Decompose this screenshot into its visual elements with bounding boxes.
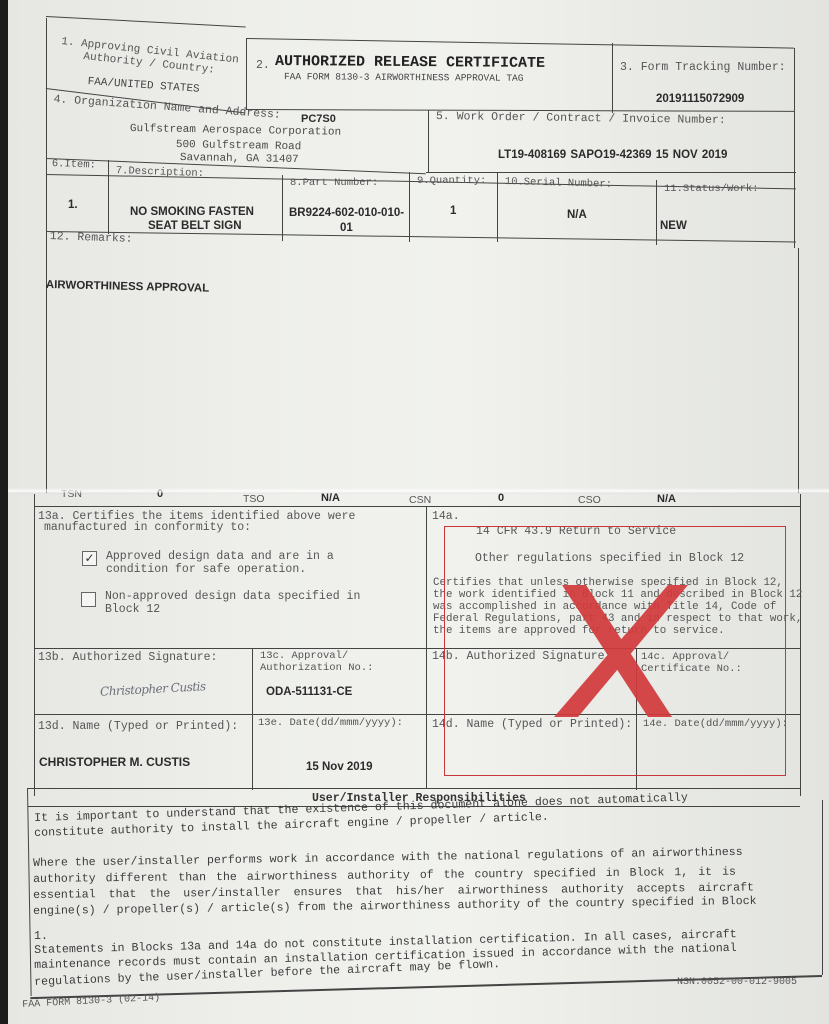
lower-right-border xyxy=(800,494,801,796)
approved-design-data-line2: condition for safe operation. xyxy=(106,563,306,576)
non-approved-design-data-line1: Non-approved design data specified in xyxy=(105,590,360,603)
printed-name: CHRISTOPHER M. CUSTIS xyxy=(39,755,190,769)
organization-street: 500 Gulfstream Road xyxy=(176,139,302,153)
paper-fold-crease xyxy=(8,488,829,494)
header-part-number: 8.Part Number: xyxy=(290,177,378,189)
divider-2-3 xyxy=(612,43,613,113)
lower-left-border xyxy=(34,494,35,796)
col-divider-8-9 xyxy=(409,172,410,242)
header-item: 6.Item: xyxy=(52,158,97,172)
authorization-number: ODA-511131-CE xyxy=(266,686,352,698)
col-divider-10-11 xyxy=(656,180,657,245)
col-divider-7-8 xyxy=(282,175,283,241)
item-number: 1. xyxy=(68,199,78,211)
non-approved-design-data-line2: Block 12 xyxy=(105,603,160,616)
tso-label: TSO xyxy=(243,493,265,505)
divider-13b-13c xyxy=(252,648,253,790)
col-divider-6-7 xyxy=(108,160,109,234)
cso-label: CSO xyxy=(578,494,601,506)
header-quantity: 9.Quantity: xyxy=(417,175,486,187)
nsn-number: NSN:0052-00-012-9005 xyxy=(677,977,797,988)
block13c-label-line2: Authorization No.: xyxy=(260,662,373,674)
left-border xyxy=(46,18,47,493)
non-approved-design-data-checkbox[interactable] xyxy=(81,592,96,607)
form-tracking-number: 20191115072909 xyxy=(656,93,744,105)
col-divider-9-10 xyxy=(497,172,498,242)
block13b-label: 13b. Authorized Signature: xyxy=(38,651,217,664)
block14a-label: 14a. xyxy=(432,510,460,523)
void-x-mark-icon xyxy=(540,585,690,720)
divider-1-2 xyxy=(246,38,247,110)
item-part-number-line1: BR9224-602-010-010- xyxy=(289,207,404,219)
block13e-label: 13e. Date(dd/mmm/yyyy): xyxy=(258,717,403,729)
work-order-number: LT19-408169 SAPO19-42369 15 NOV 2019 xyxy=(498,149,727,161)
csn-label: CSN xyxy=(409,494,431,506)
approved-design-data-checkbox[interactable]: ✓ xyxy=(82,551,97,566)
right-border-top xyxy=(794,48,795,248)
item-quantity: 1 xyxy=(450,205,456,217)
item-description-line2: SEAT BELT SIGN xyxy=(148,220,242,232)
certification-date: 15 Nov 2019 xyxy=(306,761,373,773)
responsibilities-right-border xyxy=(822,800,823,975)
item-status: NEW xyxy=(660,220,687,232)
divider-above-13a xyxy=(34,506,800,507)
certificate-subtitle: FAA FORM 8130-3 AIRWORTHINESS APPROVAL T… xyxy=(284,71,524,84)
item-description-line1: NO SMOKING FASTEN xyxy=(130,206,254,218)
certificate-title: AUTHORIZED RELEASE CERTIFICATE xyxy=(275,53,545,72)
right-border-mid xyxy=(798,248,799,493)
organization-code: PC7S0 xyxy=(301,113,336,125)
block3-label: 3. Form Tracking Number: xyxy=(620,61,786,74)
approved-design-data-line1: Approved design data and are in a xyxy=(106,550,334,563)
responsibilities-para2-line5: 1. xyxy=(34,930,48,945)
divider-signatures-bottom xyxy=(28,788,800,789)
block2-number: 2. xyxy=(256,59,270,72)
header-status-work: 11.Status/Work: xyxy=(664,183,759,195)
block13d-label: 13d. Name (Typed or Printed): xyxy=(38,720,238,733)
item-serial-number: N/A xyxy=(567,209,587,221)
item-part-number-line2: 01 xyxy=(340,222,353,234)
items-table-top-right xyxy=(426,172,796,173)
photo-edge-shadow xyxy=(0,0,8,1024)
divider-4-5 xyxy=(428,110,429,172)
block13c-label-line1: 13c. Approval/ xyxy=(260,650,348,662)
block13a-label-line2: manufactured in conformity to: xyxy=(44,521,251,534)
cso-value: N/A xyxy=(657,493,676,505)
